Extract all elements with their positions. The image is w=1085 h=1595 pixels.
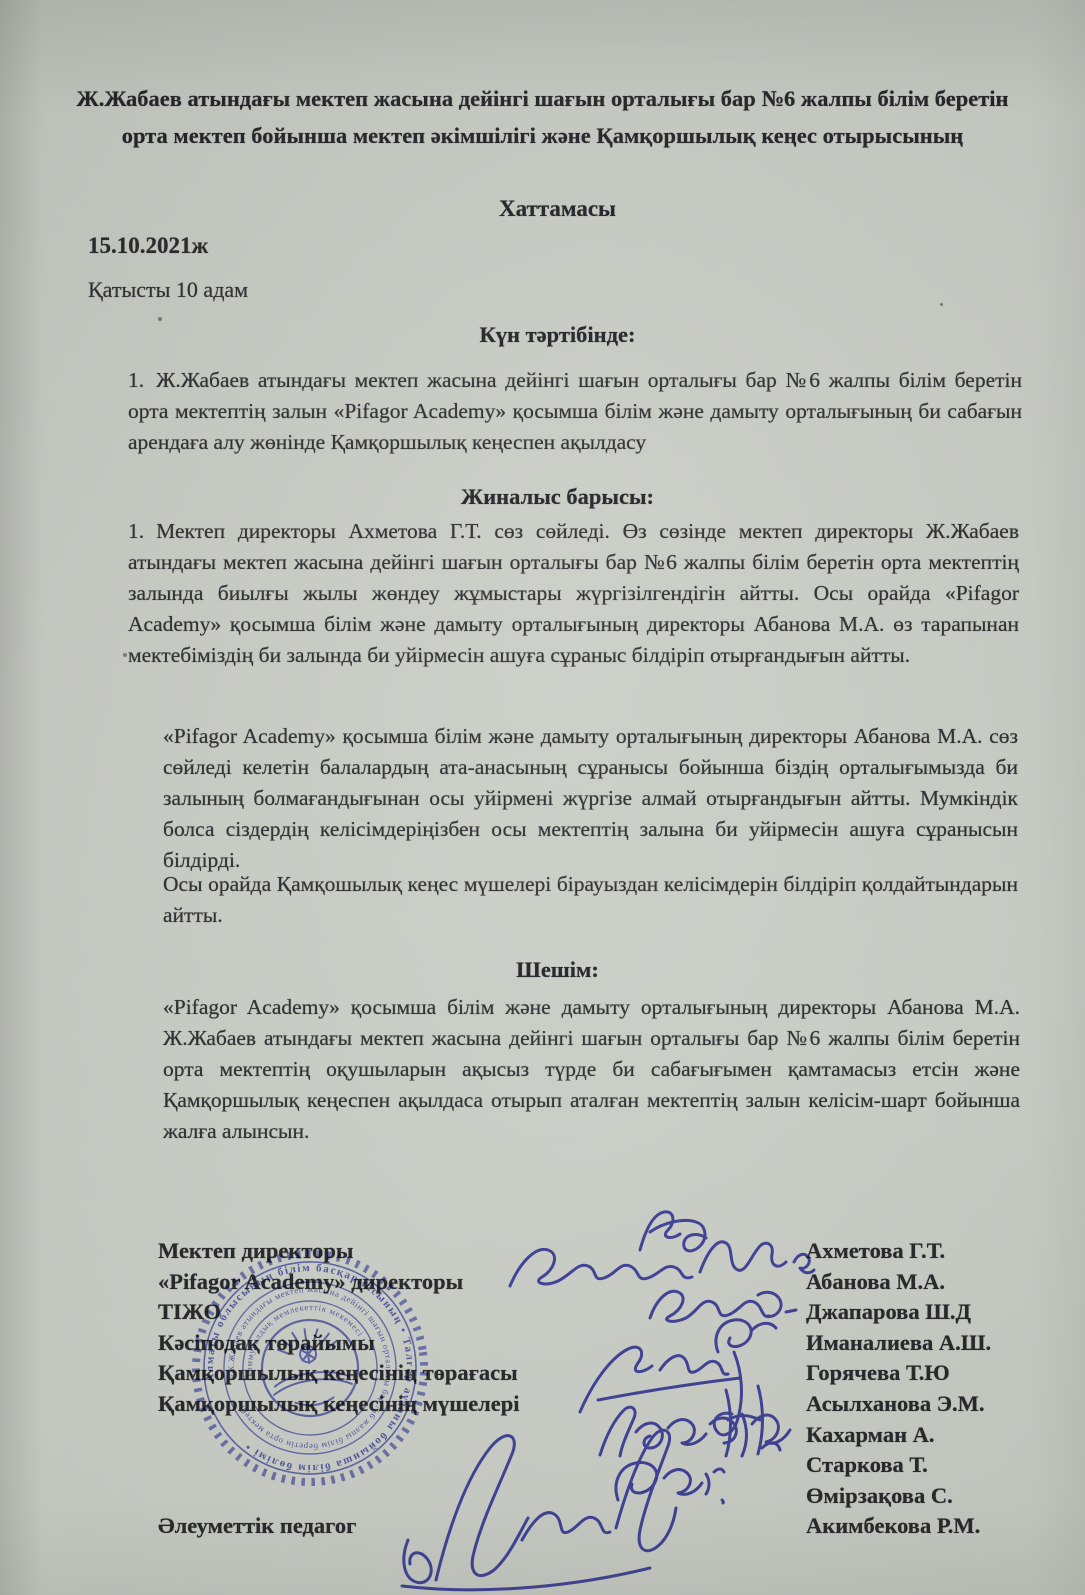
signatory-name: Джапарова Ш.Д [806, 1297, 1038, 1328]
attendance-count: Қатысты 10 адам [88, 277, 248, 303]
stamp-outer-edge [182, 1240, 438, 1496]
speech-paragraph-council: Осы орайда Қамқошылық кеңес мүшелері бір… [163, 869, 1018, 931]
document-title: Ж.Жабаев атындағы мектеп жасына дейінгі … [62, 80, 1023, 154]
ink-speck [940, 303, 943, 306]
ink-speck [158, 317, 162, 321]
proceedings-heading: Жиналыс барысы: [30, 484, 1085, 510]
signatory-name: Акимбекова Р.М. [806, 1511, 1038, 1542]
official-round-stamp: Алматы облысының білім басқармасының • Т… [182, 1240, 438, 1496]
proceedings-item-text: Мектеп директоры Ахметова Г.Т. сөз сөйле… [128, 519, 1019, 667]
kazakhstan-emblem-icon [265, 1323, 355, 1411]
signatory-name: Ахметова Г.Т. [806, 1236, 1038, 1267]
signatory-name: Асылханова Э.М. [806, 1389, 1038, 1420]
signatory-name: Иманалиева А.Ш. [806, 1328, 1038, 1359]
proceedings-item-number: 1. [128, 519, 156, 543]
scanned-document-page: Ж.Жабаев атындағы мектеп жасына дейінгі … [0, 0, 1085, 1595]
signatory-role: Әлеуметтік педагог [158, 1511, 806, 1542]
document-date: 15.10.2021ж [88, 233, 208, 259]
speech-paragraph-abanova: «Pifagor Academy» қосымша білім және дам… [163, 721, 1018, 876]
signatory-name: Абанова М.А. [806, 1267, 1038, 1298]
decision-heading: Шешім: [30, 957, 1085, 983]
ink-speck [123, 653, 127, 657]
signatory-name: Горячева Т.Ю [806, 1358, 1038, 1389]
proceedings-item: 1.Мектеп директоры Ахметова Г.Т. сөз сөй… [128, 516, 1019, 671]
decision-text: «Pifagor Academy» қосымша білім және дам… [163, 992, 1020, 1147]
document-subtitle: Хаттамасы [30, 196, 1085, 222]
agenda-item-number: 1. [128, 368, 156, 392]
agenda-item: 1.Ж.Жабаев атындағы мектеп жасына дейінг… [128, 365, 1022, 458]
agenda-item-text: Ж.Жабаев атындағы мектеп жасына дейінгі … [128, 368, 1022, 454]
signatory-name: Өмірзақова С. [806, 1481, 1038, 1512]
signatory-name: Старкова Т. [806, 1450, 1038, 1481]
agenda-heading: Күн тәртібінде: [30, 322, 1085, 348]
signatory-name: Кахарман А. [806, 1420, 1038, 1451]
